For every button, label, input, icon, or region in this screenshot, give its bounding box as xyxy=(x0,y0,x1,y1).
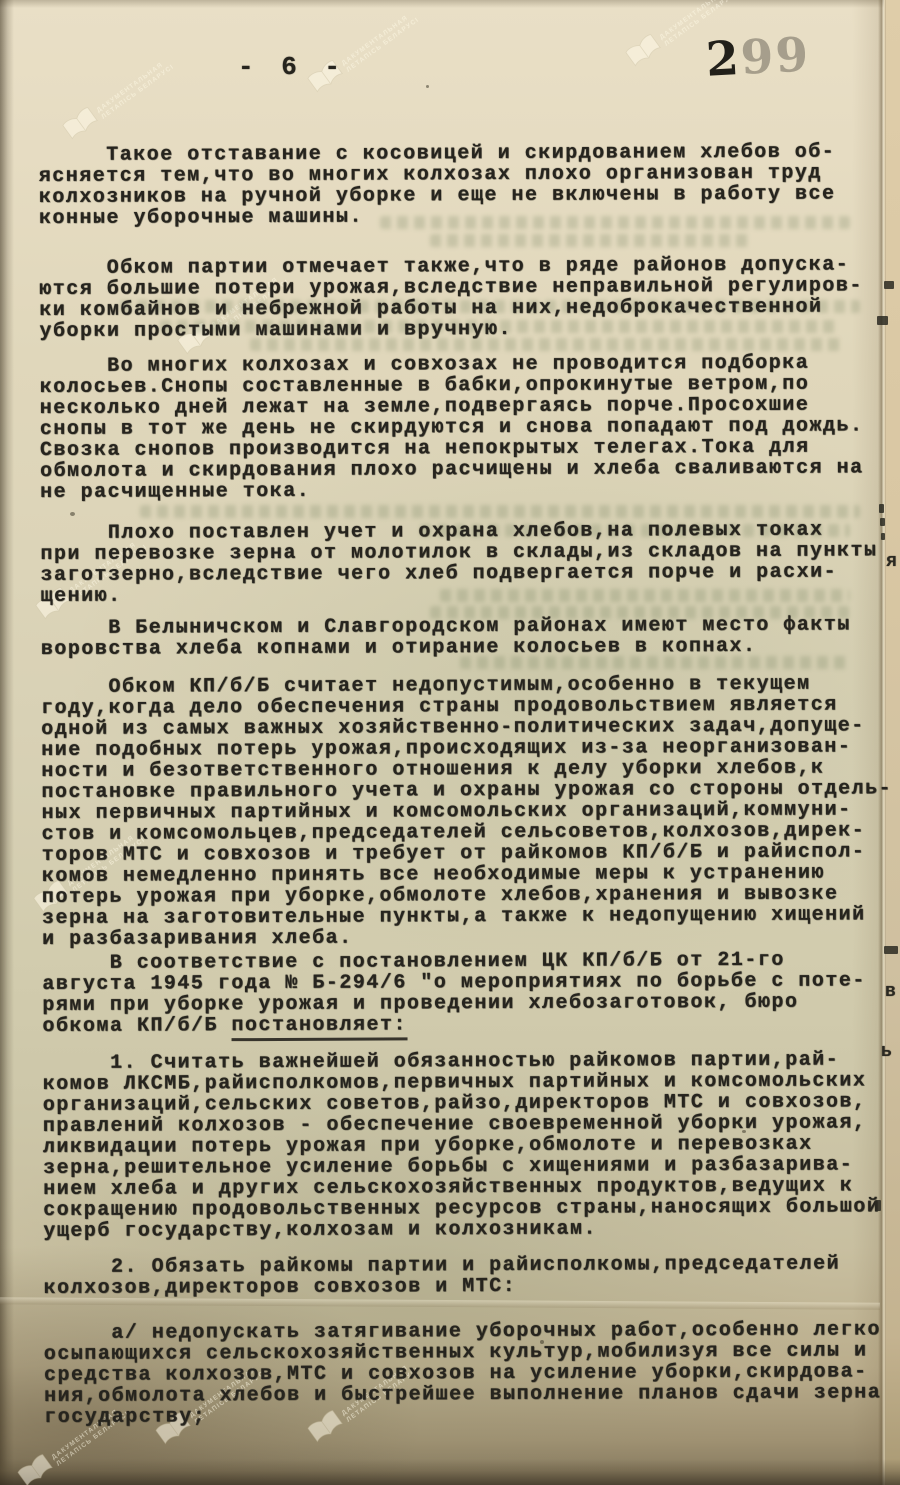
edge-ink-mark xyxy=(884,946,898,954)
watermark-text: ДАКУМЕНТАЛЬНАЯ xyxy=(340,10,416,68)
edge-ink-mark xyxy=(877,316,888,325)
edge-ink-mark xyxy=(881,533,885,540)
paper-speck xyxy=(70,512,75,516)
paragraph-3: Во многих колхозах и совхозах не проводи… xyxy=(40,352,864,503)
watermark-text: ЛЕТАПІСЬ БЕЛАРУСІ xyxy=(345,16,421,74)
archive-watermark: ДАКУМЕНТАЛЬНАЯЛЕТАПІСЬ БЕЛАРУСІ xyxy=(305,3,421,97)
page-stamp-number: 299 xyxy=(705,27,812,87)
paper-speck xyxy=(540,1340,544,1344)
edge-ink-mark xyxy=(879,504,884,513)
edge-mark: ь xyxy=(881,1042,892,1062)
paragraph-8-item-1: 1. Считать важнейшей обязанностью райком… xyxy=(43,1049,881,1242)
paragraph-4: Плохо поставлен учет и охрана хлебов,на … xyxy=(40,519,877,607)
stamp-digits-faint: 99 xyxy=(739,27,811,86)
paragraph-10-item-a: а/ недопускать затягивание уборочных раб… xyxy=(44,1319,882,1428)
open-book-icon xyxy=(623,31,665,70)
paragraph-5: В Белыничском и Славгородском районах им… xyxy=(41,614,851,660)
paragraph-2: Обком партии отмечает также,что в ряде р… xyxy=(39,254,863,342)
stamp-digit-bold: 2 xyxy=(705,31,743,88)
ink-bleed xyxy=(430,234,750,247)
document-page: ДАКУМЕНТАЛЬНАЯЛЕТАПІСЬ БЕЛАРУСІ ДАКУМЕНТ… xyxy=(0,0,900,1485)
paragraph-6: Обком КП/б/Б считает недопустимым,особен… xyxy=(41,673,893,950)
page-number: - 6 - xyxy=(238,52,346,82)
paper-speck xyxy=(426,85,429,88)
paragraph-1: Такое отставание с косовицей и скирдован… xyxy=(39,142,836,229)
paragraph-7: В соответствие с постановлением ЦК КП/б/… xyxy=(42,949,866,1037)
edge-mark: я xyxy=(886,552,897,572)
page-edge-left xyxy=(0,0,14,1485)
edge-ink-mark xyxy=(884,281,894,289)
open-book-icon xyxy=(60,104,102,143)
archive-watermark: ДАКУМЕНТАЛЬНАЯЛЕТАПІСЬ БЕЛАРУСІ xyxy=(60,50,176,144)
edge-ink-mark xyxy=(880,518,885,526)
ink-bleed xyxy=(140,505,860,518)
edge-mark: в xyxy=(885,982,896,1002)
watermark-text: ЛЕТАПІСЬ БЕЛАРУСІ xyxy=(100,63,176,121)
paragraph-9-item-2: 2. Обязать райкомы партии и райисполкомы… xyxy=(43,1254,840,1299)
watermark-text: ДАКУМЕНТАЛЬНАЯ xyxy=(95,57,171,115)
paper-speck xyxy=(742,1130,746,1133)
page-edge-top xyxy=(0,0,900,8)
page-edge-bottom xyxy=(0,1459,900,1485)
edge-ink-mark xyxy=(875,1200,881,1211)
